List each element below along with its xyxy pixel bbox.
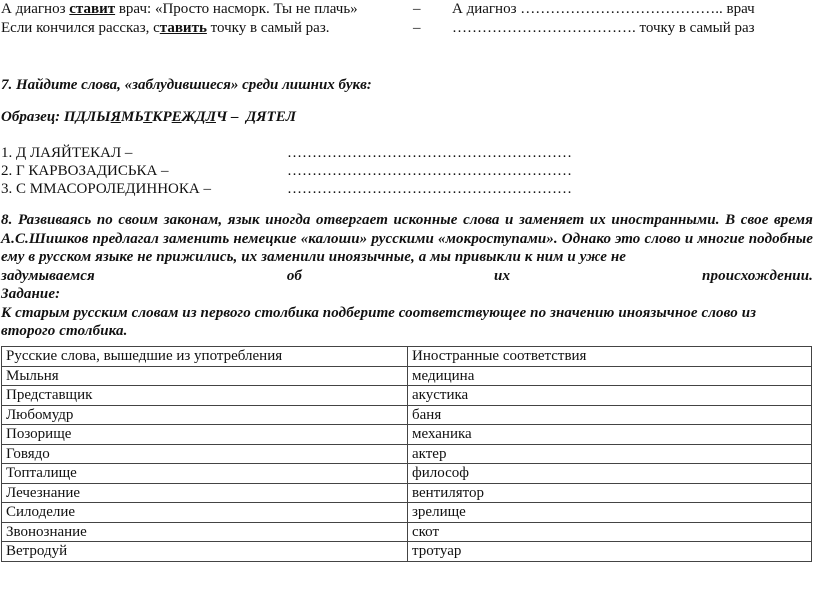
table-cell-foreign: актер [408, 444, 812, 464]
task7-item-2-label: 2. Г КАРВОЗАДИСЬКА – [1, 162, 169, 180]
table-header-foreign: Иностранные соответствия [408, 347, 812, 367]
task8-last-word: происхождении. [702, 267, 813, 286]
task7-sample-letter: Л [206, 109, 216, 125]
table-cell-russian: Лечезнание [2, 483, 408, 503]
task7-item-1-label: 1. Д ЛАЯЙТЕКАЛ – [1, 144, 132, 162]
table-cell-russian: Силоделие [2, 503, 408, 523]
task7-sample-letter: Ч [216, 109, 227, 125]
table-row: Любомудрбаня [2, 405, 812, 425]
table-row: Позорищемеханика [2, 425, 812, 445]
task7-item-3-blank[interactable]: ………………………………………………… [287, 180, 572, 198]
table-cell-russian: Позорище [2, 425, 408, 445]
table-row: Мыльнямедицина [2, 366, 812, 386]
table-row: Силоделиезрелище [2, 503, 812, 523]
task7-sample: Образец: ПДЛЫЯМЬТКРЕЖДЛЧ – ДЯТЕЛ [1, 108, 296, 126]
task8-last-word: их [494, 267, 510, 286]
task8-last-word: об [287, 267, 302, 286]
task7-sample-letter: МЬ [121, 109, 143, 125]
intro-line-1: А диагноз ставит врач: «Просто насморк. … [1, 0, 358, 18]
table-row: Ветродуйтротуар [2, 542, 812, 562]
intro-line-1-answer: А диагноз ………………………………….. врач [452, 0, 755, 18]
intro-line-1-emphasis: ставит [69, 1, 115, 17]
table-header-russian: Русские слова, вышедшие из употребления [2, 347, 408, 367]
intro-line-1-dash: – [413, 0, 421, 18]
task7-sample-answer: – ДЯТЕЛ [227, 109, 296, 125]
task7-item-1-blank[interactable]: ………………………………………………… [287, 144, 572, 162]
task8-paragraph: 8. Развиваясь по своим законам, язык ино… [1, 211, 813, 341]
intro-line-2-suffix: точку в самый раз. [207, 20, 330, 36]
task8-paragraph-text: 8. Развиваясь по своим законам, язык ино… [1, 211, 813, 267]
table-row: Лечезнаниевентилятор [2, 483, 812, 503]
table-cell-russian: Звонознание [2, 522, 408, 542]
table-row: Топталищефилософ [2, 464, 812, 484]
table-cell-russian: Топталище [2, 464, 408, 484]
table-cell-russian: Мыльня [2, 366, 408, 386]
intro-line-1-suffix: врач: «Просто насморк. Ты не плачь» [115, 1, 358, 17]
table-cell-foreign: механика [408, 425, 812, 445]
task7-sample-letter: ЖД [182, 109, 206, 125]
table-cell-russian: Любомудр [2, 405, 408, 425]
table-cell-foreign: медицина [408, 366, 812, 386]
table-row: Звонознаниескот [2, 522, 812, 542]
task7-sample-letter: П [64, 109, 76, 125]
table-row: Говядоактер [2, 444, 812, 464]
task7-item-3-label: 3. С ММАСОРОЛЕДИННОКА – [1, 180, 211, 198]
task7-heading: 7. Найдите слова, «заблудившиеся» среди … [1, 76, 372, 94]
intro-line-2-dash: – [413, 19, 421, 37]
intro-line-2-answer: ………………………………. точку в самый раз [452, 19, 755, 37]
table-cell-foreign: философ [408, 464, 812, 484]
table-cell-foreign: скот [408, 522, 812, 542]
intro-line-2: Если кончился рассказ, ставить точку в с… [1, 19, 330, 37]
table-row: Представщикакустика [2, 386, 812, 406]
task7-sample-letter: ЛЫ [86, 109, 111, 125]
task8-paragraph-last-line: задумываемся об их происхождении. [1, 267, 813, 286]
table-cell-russian: Представщик [2, 386, 408, 406]
task7-sample-letter: КР [152, 109, 171, 125]
words-table: Русские слова, вышедшие из употребления … [1, 346, 812, 562]
task7-sample-letter: Я [111, 109, 121, 125]
table-header-row: Русские слова, вышедшие из употребления … [2, 347, 812, 367]
task8-last-word: задумываемся [1, 267, 95, 286]
table-cell-foreign: баня [408, 405, 812, 425]
table-cell-russian: Ветродуй [2, 542, 408, 562]
intro-line-2-emphasis: тавить [160, 20, 207, 36]
task7-sample-letter: Т [143, 109, 152, 125]
task8-task-label: Задание: [1, 285, 813, 304]
intro-line-1-prefix: А диагноз [1, 1, 69, 17]
table-cell-foreign: акустика [408, 386, 812, 406]
table-cell-foreign: тротуар [408, 542, 812, 562]
table-cell-foreign: вентилятор [408, 483, 812, 503]
table-cell-foreign: зрелище [408, 503, 812, 523]
task7-sample-letter: Д [76, 109, 86, 125]
task7-sample-label: Образец: [1, 109, 64, 125]
task8-instruction: К старым русским словам из первого столб… [1, 304, 813, 341]
table-cell-russian: Говядо [2, 444, 408, 464]
intro-line-2-prefix: Если кончился рассказ, с [1, 20, 160, 36]
task7-sample-letter: Е [172, 109, 182, 125]
task7-item-2-blank[interactable]: ………………………………………………… [287, 162, 572, 180]
